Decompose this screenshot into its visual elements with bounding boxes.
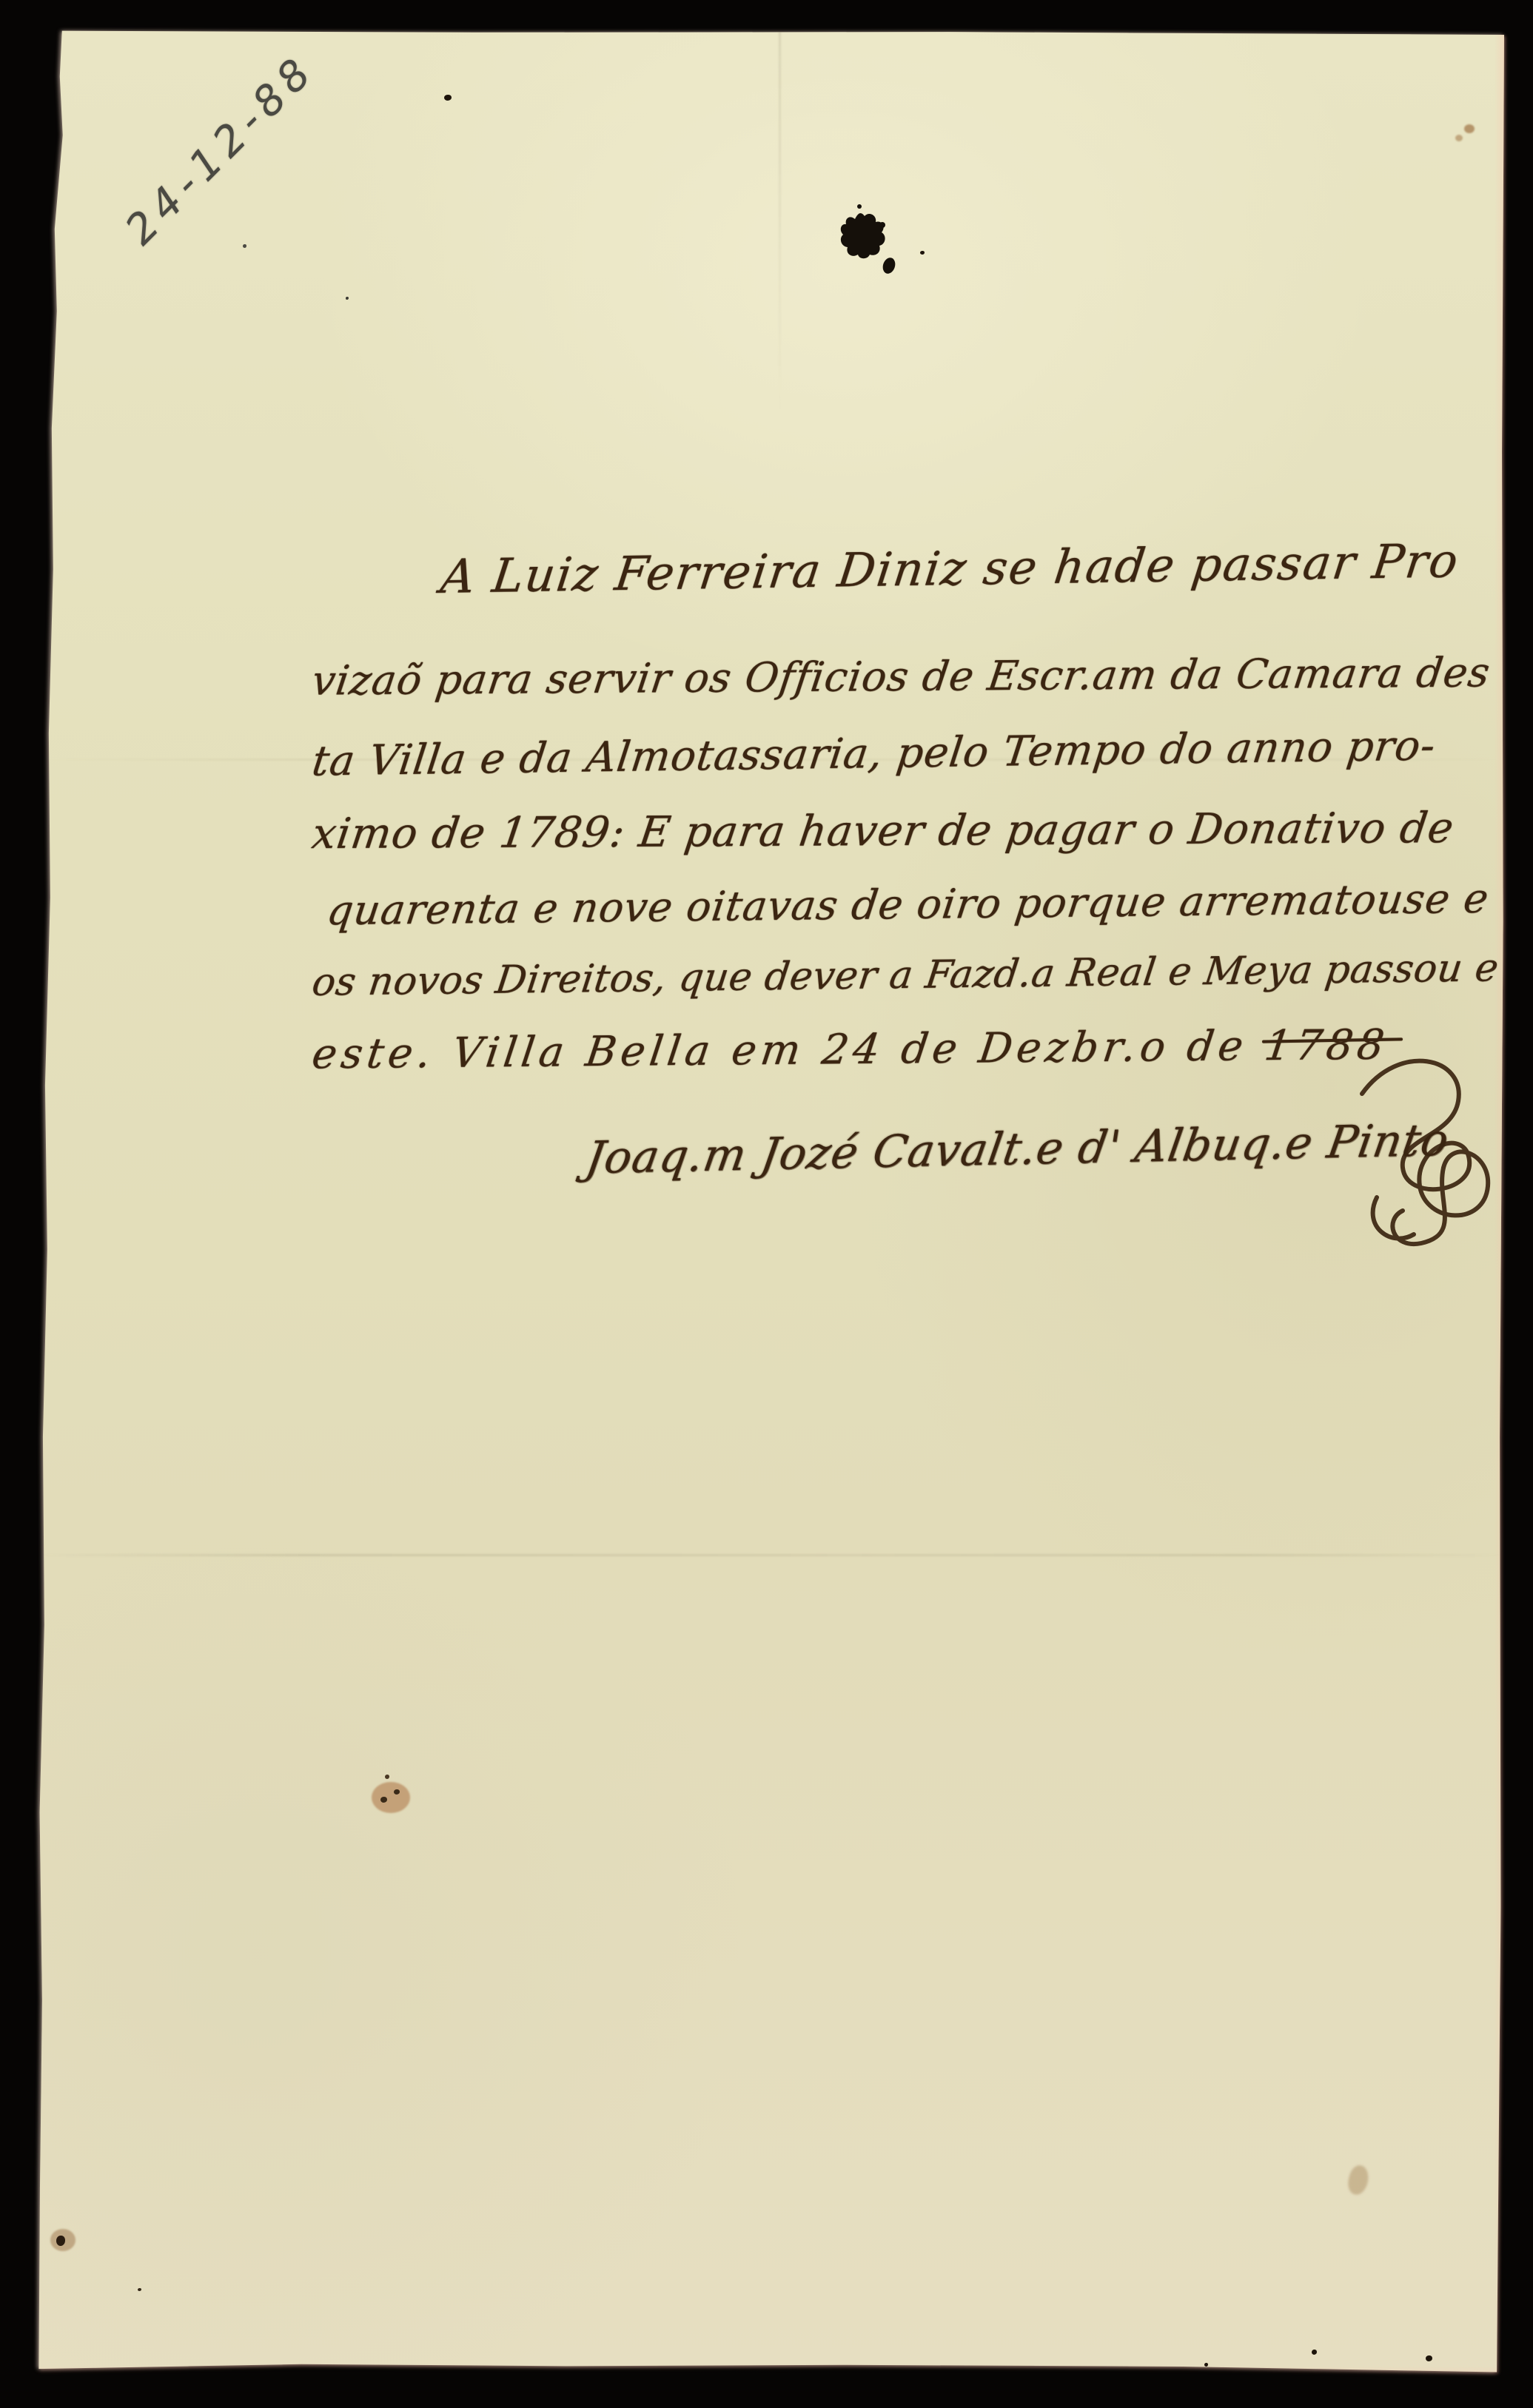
dust-speck: [138, 2288, 141, 2291]
foxing-spot: [372, 1782, 410, 1813]
foxing-speck: [385, 1775, 389, 1779]
signature-flourish: [1332, 1049, 1525, 1257]
manuscript-line: este. Villa Bella em 24 de Dezbr.o de 17…: [309, 1021, 1392, 1079]
ink-speck: [444, 95, 452, 101]
manuscript-line: quarenta e nove oitavas de oiro porque a…: [324, 875, 1492, 935]
manuscript-line: os novos Direitos, que dever a Fazd.a Re…: [309, 946, 1501, 1005]
paper-sheet-wrap: 24-12-88 A Luiz Ferreira Diniz se hade p…: [37, 30, 1506, 2375]
manuscript-line: A Luiz Ferreira Diniz se hade passar Pro: [438, 534, 1463, 604]
manuscript-line: vizaõ para servir os Officios de Escr.am…: [309, 648, 1493, 704]
manuscript-paper: 24-12-88 A Luiz Ferreira Diniz se hade p…: [37, 30, 1506, 2375]
foxing-spot: [1455, 135, 1463, 141]
dust-speck: [1312, 2350, 1317, 2355]
signature-line: Joaq.m Jozé Cavalt.e d' Albuq.e Pinto: [583, 1114, 1453, 1185]
scanner-background: 24-12-88 A Luiz Ferreira Diniz se hade p…: [0, 0, 1533, 2408]
stain: [1346, 2163, 1372, 2196]
scan-edge-fringe: [37, 2366, 1506, 2375]
dust-speck: [1426, 2355, 1432, 2361]
dust-speck: [346, 297, 349, 300]
horizontal-fold-crease: [37, 1554, 1506, 1556]
foxing-spot: [1464, 124, 1475, 133]
manuscript-line: ta Villa e da Almotassaria, pelo Tempo d…: [309, 722, 1438, 785]
vertical-fold-crease: [779, 30, 781, 414]
pencil-date-annotation: 24-12-88: [116, 45, 325, 254]
manuscript-line: ximo de 1789: E para haver de pagar o Do…: [309, 804, 1457, 858]
ink-speck: [920, 251, 925, 255]
pencil-speck: [243, 244, 246, 248]
ink-blot: [813, 184, 913, 287]
